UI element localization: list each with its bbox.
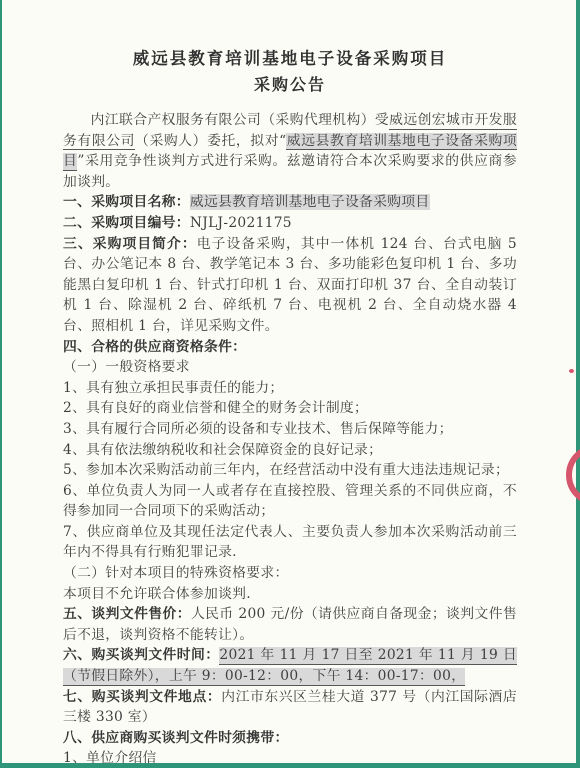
qualification-item: 3、具有履行合同所必须的设备和专业技术、售后保障等能力；	[63, 419, 517, 440]
section-label: 八、供应商购买谈判文件时须携带：	[63, 730, 289, 746]
intro-pre-text: 内江联合产权服务有限公司（采购代理机构）受	[91, 112, 390, 128]
red-ink-speck	[569, 369, 574, 373]
section-label: 五、谈判文件售价：	[63, 606, 191, 622]
scan-edge-right	[576, 0, 580, 768]
qualifications-special-title: （二）针对本项目的特殊资格要求：	[63, 563, 517, 584]
intro-mid-text: （采购人）委托，拟对“	[135, 133, 286, 149]
document-subtitle: 采购公告	[63, 72, 517, 98]
qualification-item: 7、供应商单位及其现任法定代表人、主要负责人参加本次采购活动前三年内不得具有行贿…	[63, 522, 517, 563]
intro-post-text: ”采用竞争性谈判方式进行采购。兹邀请符合本次采购要求的供应商参加谈判。	[63, 153, 517, 190]
qualification-item: 6、单位负责人为同一人或者存在直接控股、管理关系的不同供应商，不得参加同一合同项…	[63, 481, 517, 522]
qualifications-general-title: （一）一般资格要求	[63, 357, 517, 378]
bring-document-item: 1、单位介绍信	[63, 748, 517, 768]
red-stamp-arc	[566, 444, 580, 506]
section-project-number: 二、采购项目编号：NJLJ-2021175	[63, 213, 517, 234]
section-purchase-time: 六、购买谈判文件时间：2021 年 11 月 17 日至 2021 年 11 月…	[63, 645, 517, 686]
section-label: 四、合格的供应商资格条件：	[63, 339, 246, 355]
section-document-price: 五、谈判文件售价：人民币 200 元/份（请供应商自备现金；谈判文件售后不退，谈…	[63, 604, 517, 645]
section-label: 二、采购项目编号：	[63, 215, 190, 231]
section-label: 三、采购项目简介：	[63, 236, 197, 252]
intro-paragraph: 内江联合产权服务有限公司（采购代理机构）受威远创宏城市开发服务有限公司（采购人）…	[63, 110, 517, 192]
section-label: 七、购买谈判文件地点：	[63, 689, 221, 705]
section-qualifications: 四、合格的供应商资格条件：	[63, 337, 517, 358]
scanned-document-page: 威远县教育培训基地电子设备采购项目 采购公告 内江联合产权服务有限公司（采购代理…	[0, 0, 580, 768]
section-bring-documents: 八、供应商购买谈判文件时须携带：	[63, 728, 517, 749]
qualification-item: 2、具有良好的商业信誉和健全的财务会计制度；	[63, 398, 517, 419]
qualifications-special-text: 本项目不允许联合体参加谈判.	[63, 584, 517, 605]
qualification-item: 5、参加本次采购活动前三年内，在经营活动中没有重大违法违规记录；	[63, 460, 517, 481]
document-title: 威远县教育培训基地电子设备采购项目	[63, 46, 517, 72]
section-label: 六、购买谈判文件时间：	[63, 647, 219, 663]
section-project-name: 一、采购项目名称：威远县教育培训基地电子设备采购项目	[63, 192, 517, 213]
section-purchase-place: 七、购买谈判文件地点：内江市东兴区兰桂大道 377 号（内江国际酒店三楼 330…	[63, 687, 517, 728]
section-label: 一、采购项目名称：	[63, 194, 190, 210]
document-content: 威远县教育培训基地电子设备采购项目 采购公告 内江联合产权服务有限公司（采购代理…	[63, 46, 517, 768]
section-project-summary: 三、采购项目简介：电子设备采购，其中一体机 124 台、台式电脑 5 台、办公笔…	[63, 234, 517, 337]
qualification-item: 1、具有独立承担民事责任的能力；	[63, 378, 517, 399]
project-number-value: NJLJ-2021175	[190, 215, 292, 231]
project-name-value: 威远县教育培训基地电子设备采购项目	[190, 194, 430, 210]
scan-edge-left	[0, 0, 2, 768]
qualification-item: 4、具有依法缴纳税收和社会保障资金的良好记录；	[63, 440, 517, 461]
